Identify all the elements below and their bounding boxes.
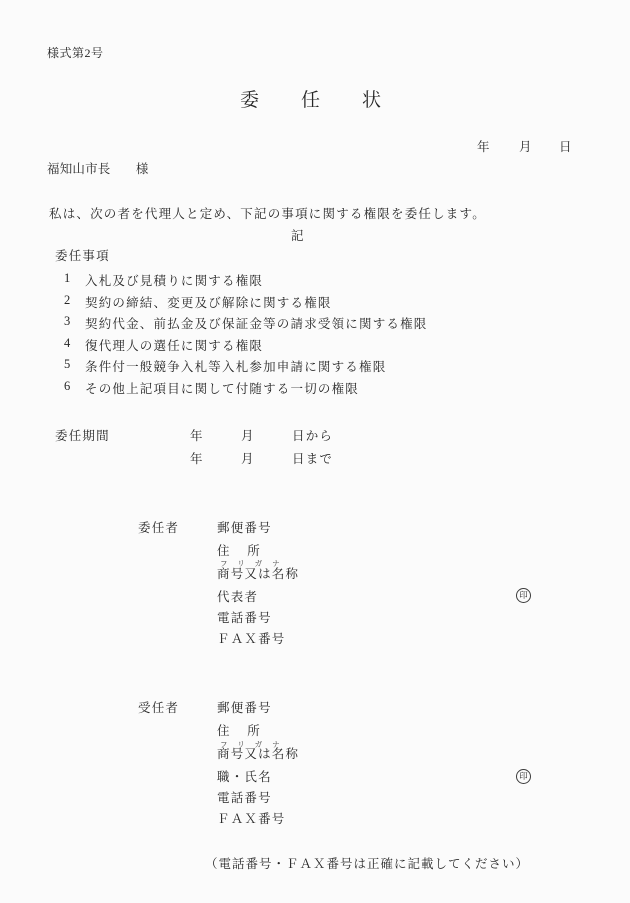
matter-item: 6 その他上記項目に関して付随する一切の権限	[64, 379, 428, 401]
footer-note: （電話番号・ＦＡＸ番号は正確に記載してください）	[205, 854, 529, 872]
delegator-label: 委任者	[138, 522, 179, 535]
delegate-phone-label: 電話番号	[217, 792, 272, 805]
matter-item: 2 契約の締結、変更及び解除に関する権限	[64, 293, 428, 315]
delegate-trade-name-label: 商号又は名称	[217, 748, 299, 761]
date-line: 年 月 日	[477, 141, 573, 154]
matter-item: 3 契約代金、前払金及び保証金等の請求受領に関する権限	[64, 314, 428, 336]
delegator-address-text: 住 所	[217, 545, 261, 558]
matter-item: 5 条件付一般競争入札等入札参加申請に関する権限	[64, 357, 428, 379]
delegate-title-name-label: 職・氏名	[217, 771, 272, 784]
period-to-day: 日まで	[292, 453, 333, 466]
matter-text: 契約代金、前払金及び保証金等の請求受領に関する権限	[85, 314, 428, 332]
delegator-address-label: 住 所	[217, 545, 261, 558]
delegate-postal-label: 郵便番号	[217, 702, 272, 715]
delegate-address-text: 住 所	[217, 725, 261, 738]
delegator-representative-label: 代表者	[217, 591, 258, 604]
period-from-year: 年	[190, 430, 204, 443]
period-from-month: 月	[241, 430, 255, 443]
matter-text: 条件付一般競争入札等入札参加申請に関する権限	[85, 357, 386, 375]
date-year-label: 年	[477, 141, 519, 154]
delegate-fax-label: ＦＡＸ番号	[217, 813, 286, 826]
matter-item: 4 復代理人の選任に関する権限	[64, 336, 428, 358]
delegate-label: 受任者	[138, 702, 179, 715]
delegator-phone-label: 電話番号	[217, 612, 272, 625]
date-day-label: 日	[559, 141, 573, 154]
matter-text: 復代理人の選任に関する権限	[85, 336, 263, 354]
ki-mark: 記	[291, 230, 305, 243]
period-label: 委任期間	[55, 430, 110, 443]
delegate-seal-mark: 印	[516, 769, 531, 784]
matter-number: 6	[64, 379, 85, 394]
delegator-trade-name-label: 商号又は名称	[217, 568, 299, 581]
addressee: 福知山市長 様	[47, 163, 149, 176]
matter-text: 入札及び見積りに関する権限	[85, 271, 263, 289]
delegate-address-label: 住 所	[217, 725, 261, 738]
delegator-seal-mark: 印	[516, 588, 531, 603]
matter-text: 契約の締結、変更及び解除に関する権限	[85, 293, 332, 311]
matter-number: 3	[64, 314, 85, 329]
matter-number: 2	[64, 293, 85, 308]
delegator-fax-label: ＦＡＸ番号	[217, 633, 286, 646]
matters-list: 1 入札及び見積りに関する権限 2 契約の締結、変更及び解除に関する権限 3 契…	[64, 271, 428, 400]
matters-heading: 委任事項	[55, 250, 110, 263]
intro-sentence: 私は、次の者を代理人と定め、下記の事項に関する権限を委任します。	[49, 208, 486, 221]
period-to-month: 月	[241, 453, 255, 466]
delegator-postal-label: 郵便番号	[217, 522, 272, 535]
period-from-day: 日から	[292, 430, 333, 443]
period-to-year: 年	[190, 453, 204, 466]
matter-number: 1	[64, 271, 85, 286]
date-month-label: 月	[519, 141, 559, 154]
matter-number: 4	[64, 336, 85, 351]
matter-text: その他上記項目に関して付随する一切の権限	[85, 379, 359, 397]
document-title: 委任状	[240, 85, 423, 112]
matter-item: 1 入札及び見積りに関する権限	[64, 271, 428, 293]
form-number: 様式第2号	[47, 44, 104, 61]
power-of-attorney-document: 様式第2号 委任状 年 月 日 福知山市長 様 私は、次の者を代理人と定め、下記…	[0, 0, 630, 903]
matter-number: 5	[64, 357, 85, 372]
